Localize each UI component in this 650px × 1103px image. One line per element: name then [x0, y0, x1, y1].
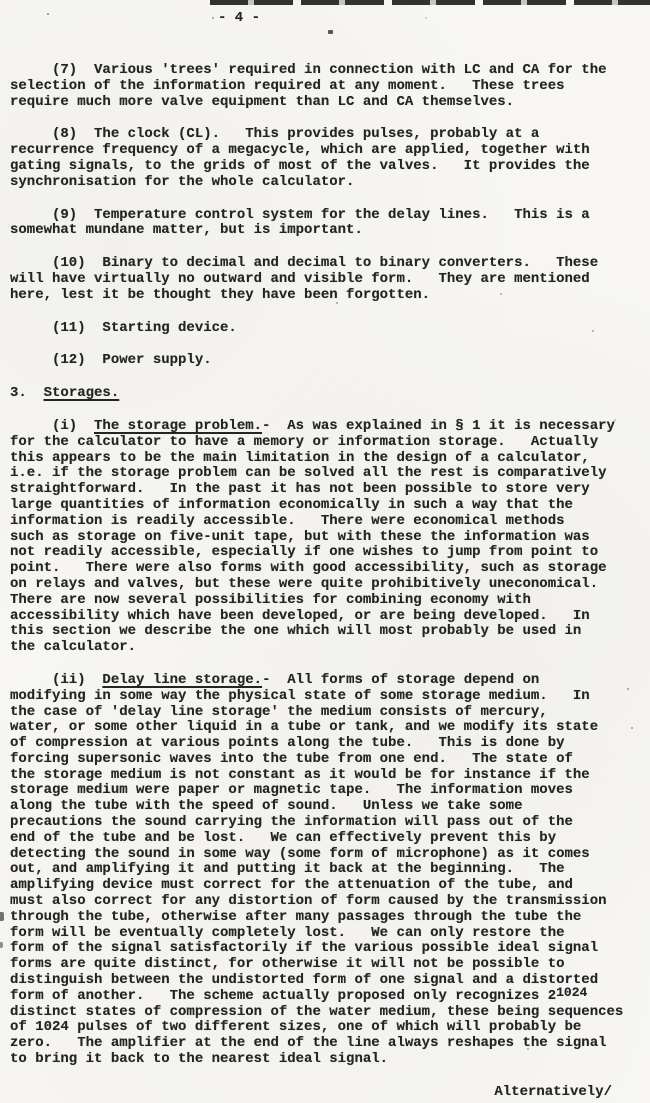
section-heading-storages: 3. Storages. — [10, 386, 642, 402]
page-number: - 4 - — [218, 11, 260, 27]
scan-speck — [0, 942, 3, 948]
continuation-marker: Alternatively/ — [10, 1085, 642, 1101]
scan-speck — [500, 293, 502, 295]
scan-speck — [527, 1048, 529, 1050]
scan-speck — [336, 302, 338, 304]
paragraph-7: (7) Various 'trees' required in connecti… — [10, 63, 642, 110]
document-body: (7) Various 'trees' required in connecti… — [10, 63, 642, 1068]
scan-artifact-band — [210, 0, 650, 5]
scan-speck — [614, 419, 616, 421]
scan-speck — [328, 30, 333, 34]
paragraph-storage-problem: (i) The storage problem.- As was explain… — [10, 419, 642, 656]
scan-speck — [631, 727, 633, 729]
scan-speck — [47, 13, 49, 15]
paragraph-12: (12) Power supply. — [10, 353, 642, 369]
paragraph-9: (9) Temperature control system for the d… — [10, 208, 642, 240]
scan-speck — [0, 912, 4, 921]
scan-speck — [627, 688, 629, 690]
paragraph-11: (11) Starting device. — [10, 321, 642, 337]
paragraph-delay-line-storage: (ii) Delay line storage.- All forms of s… — [10, 673, 642, 1068]
paragraph-8: (8) The clock (CL). This provides pulses… — [10, 127, 642, 190]
scanned-document-page: - 4 - (7) Various 'trees' required in co… — [0, 0, 650, 1103]
scan-speck — [425, 17, 427, 19]
scan-speck — [592, 330, 594, 332]
paragraph-10: (10) Binary to decimal and decimal to bi… — [10, 256, 642, 303]
scan-speck — [212, 17, 214, 19]
